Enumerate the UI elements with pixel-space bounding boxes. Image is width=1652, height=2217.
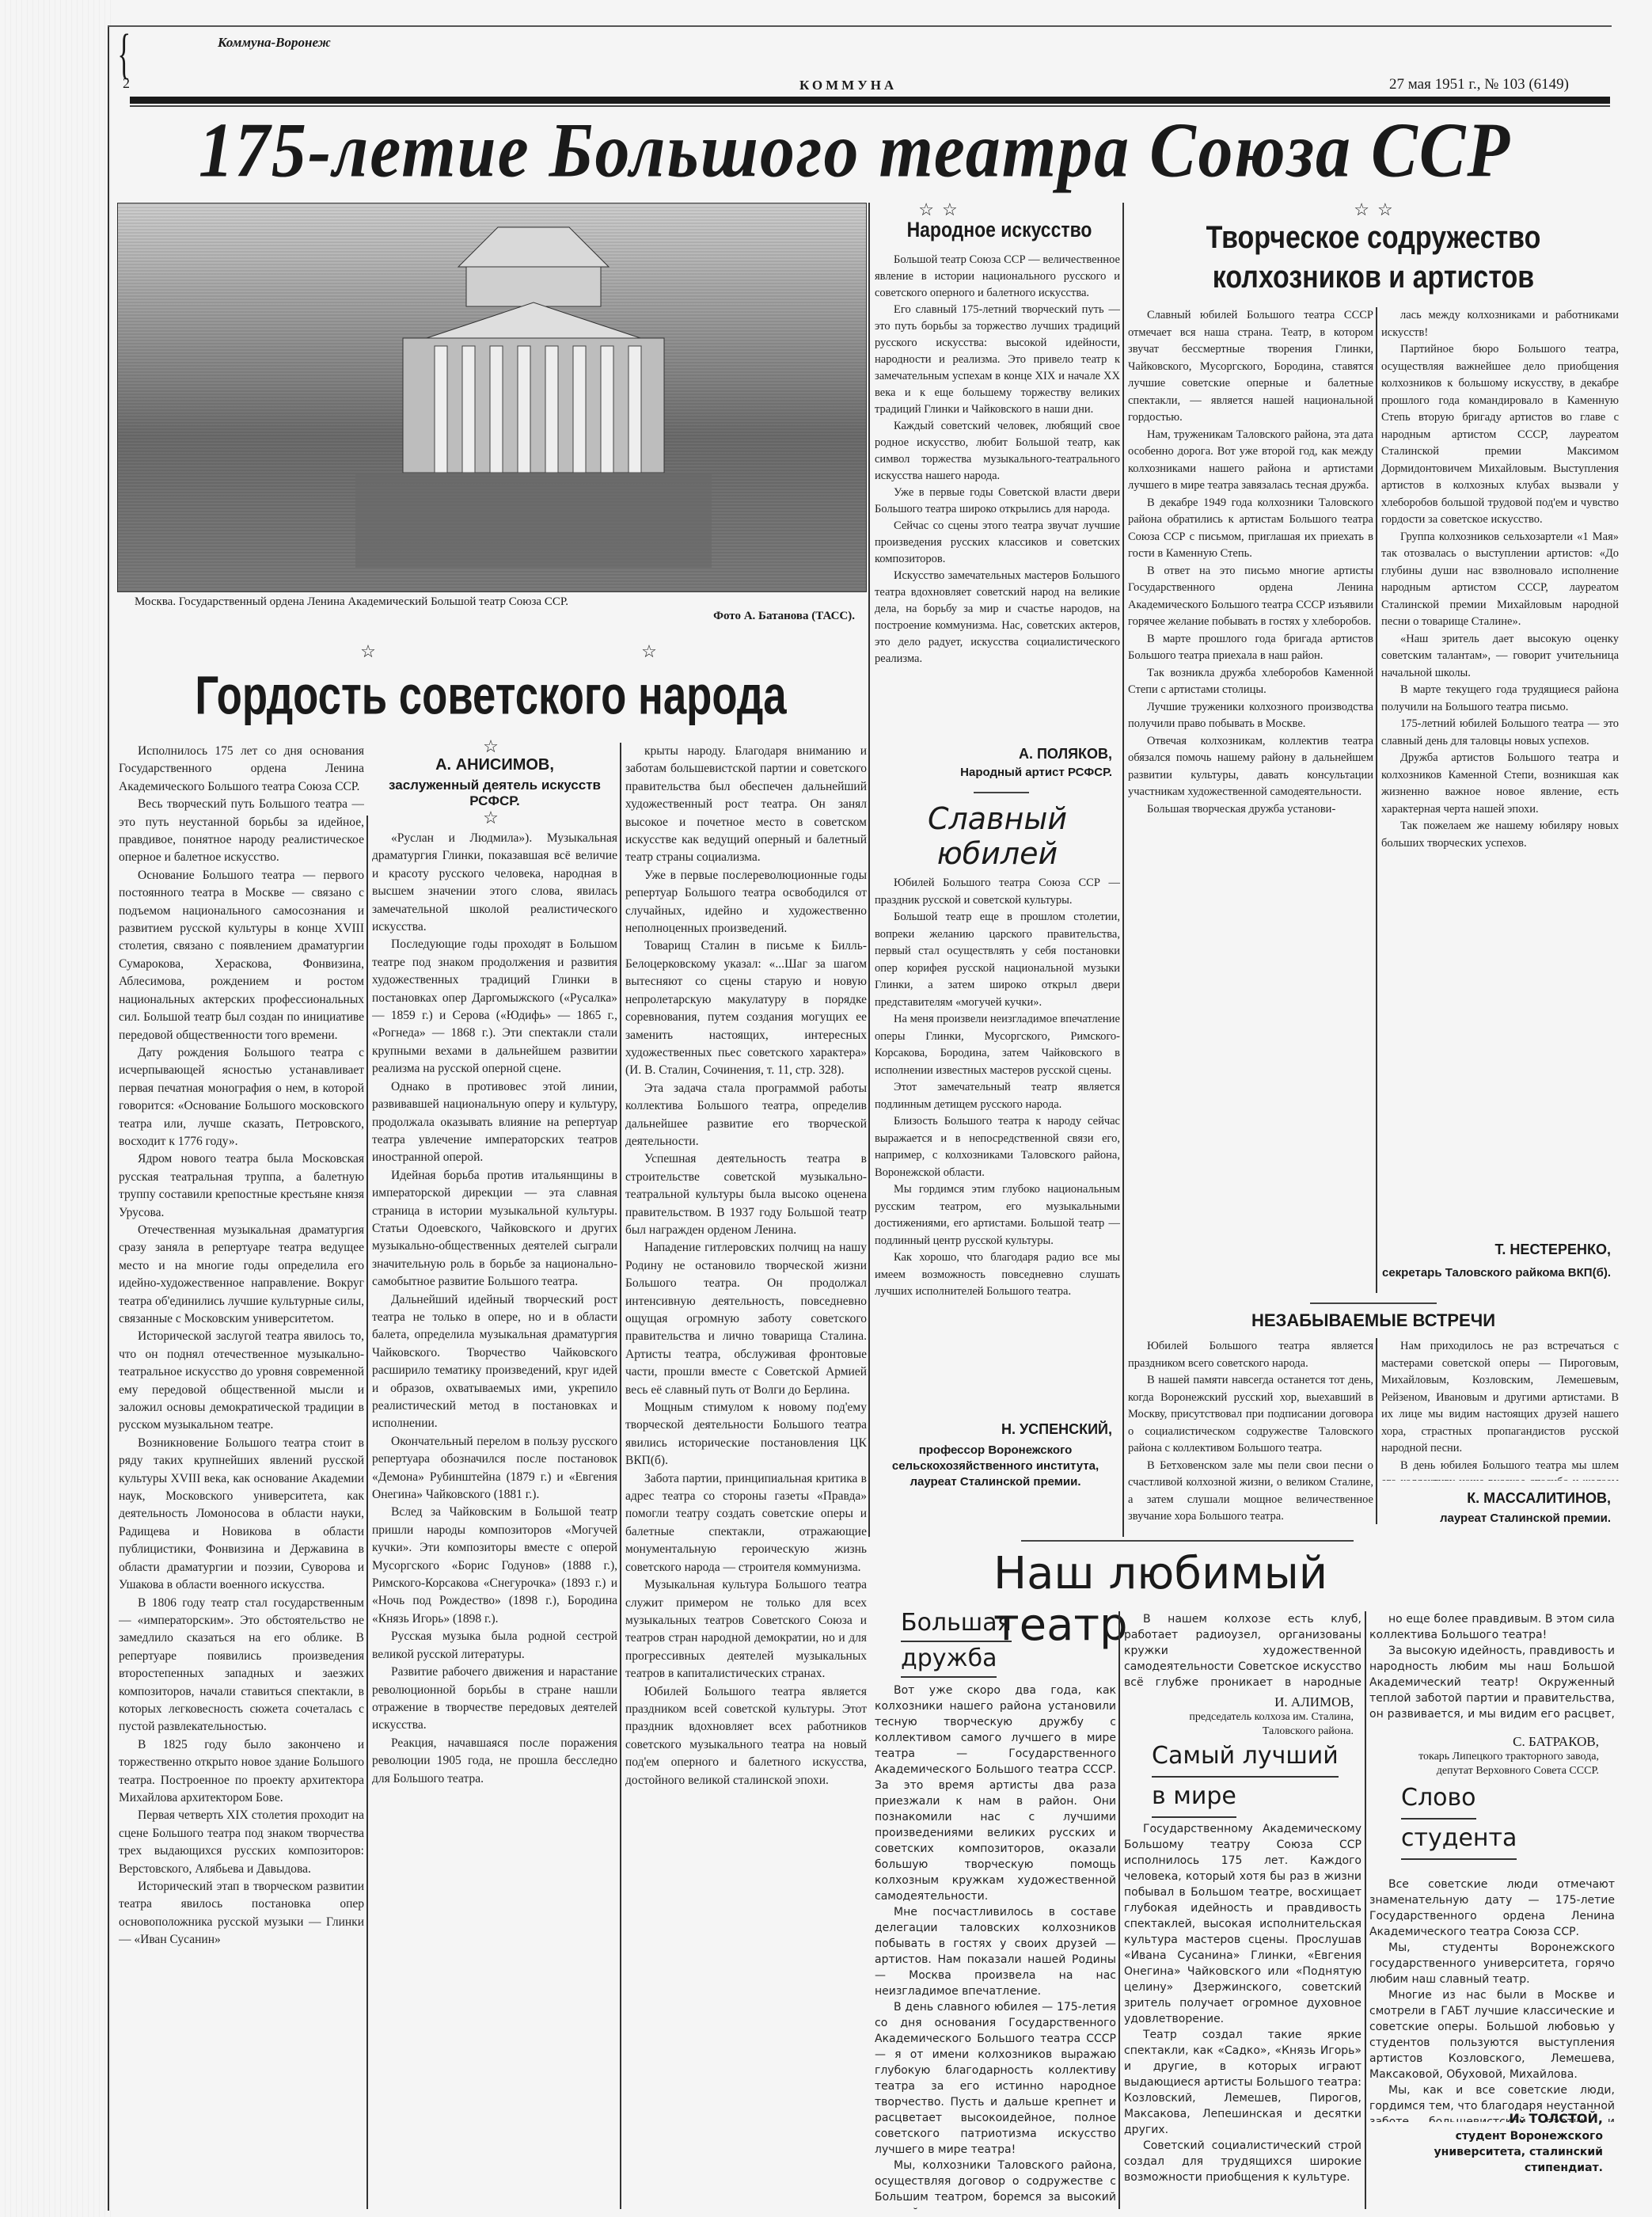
nezabyvaemye-column-1: Юбилей Большого театра является праздник… xyxy=(1128,1338,1373,1528)
photo-credit: Фото А. Батанова (ТАСС). xyxy=(697,610,855,623)
photo-caption: Москва. Государственный ордена Ленина Ак… xyxy=(135,595,736,609)
paragraph: Большой театр Союза ССР — величественное… xyxy=(875,252,1120,302)
paragraph: В ответ на это письмо многие артисты Гос… xyxy=(1128,563,1373,631)
separator xyxy=(974,792,1029,793)
separator xyxy=(1021,1540,1354,1542)
paragraph: Дату рождения Большого театра с исчерпыв… xyxy=(119,1044,364,1150)
title-line: колхозников и артистов xyxy=(1165,257,1582,297)
tvorcheskoe-column-1: Славный юбилей Большого театра СССР отме… xyxy=(1128,307,1373,1293)
paragraph: Большой театр еще в прошлом столетии, во… xyxy=(875,909,1120,1011)
article-title-nezabyvaemye: НЕЗАБЫВАЕМЫЕ ВСТРЕЧИ xyxy=(1128,1310,1619,1331)
header-thick-rule xyxy=(130,97,1610,104)
author-name: Т. НЕСТЕРЕНКО, xyxy=(1381,1242,1611,1258)
paragraph: В Бетховенском зале мы пели свои песни о… xyxy=(1128,1458,1373,1526)
paragraph: Славный юбилей Большого театра СССР отме… xyxy=(1128,307,1373,427)
author-role: секретарь Таловского райкома ВКП(б). xyxy=(1381,1265,1611,1281)
paragraph: Мы гордимся этим глубоко национальным ру… xyxy=(875,1181,1120,1249)
page-number: 2 xyxy=(123,75,130,92)
author-role: токарь Липецкого тракторного завода, деп… xyxy=(1381,1750,1599,1778)
star-ornament-icon: ☆ xyxy=(641,641,657,662)
paragraph: Развитие рабочего движения и нарастание … xyxy=(372,1664,617,1735)
star-ornament-icon: ☆ xyxy=(483,736,499,757)
tvorcheskoe-column-2: лась между колхозниками и работниками ис… xyxy=(1381,307,1619,1230)
paragraph: Успешная деятельность театра в строитель… xyxy=(625,1150,867,1239)
paragraph: Группа колхозников сельхозартели «1 Мая»… xyxy=(1381,529,1619,631)
paragraph: Отвечая колхозникам, коллектив театра об… xyxy=(1128,733,1373,801)
author-name: И. ТОЛСТОЙ, xyxy=(1369,2111,1603,2126)
paragraph: Государственному Академическому Большому… xyxy=(1124,1821,1361,2027)
paragraph: лась между колхозниками и работниками ис… xyxy=(1381,307,1619,341)
paragraph: Его славный 175-летний творческий путь —… xyxy=(875,302,1120,418)
paragraph: Однако в противовес этой линии, развивав… xyxy=(372,1078,617,1167)
bracket-mark: { xyxy=(117,27,131,82)
paragraph: В нашем колхозе есть клуб, работает ради… xyxy=(1124,1611,1361,1694)
paragraph: Мне посчастливилось в составе делегации … xyxy=(875,1904,1116,1999)
paragraph: Этот замечательный театр является подлин… xyxy=(875,1079,1120,1113)
author-role: Народный артист РСФСР. xyxy=(875,765,1112,781)
paragraph: Исторической заслугой театра явилось то,… xyxy=(119,1328,364,1434)
paragraph: Эта задача стала программой работы колле… xyxy=(625,1080,867,1151)
article-title-narodnoe: Народное искусство xyxy=(894,218,1106,242)
column-divider xyxy=(1122,203,1124,1537)
paragraph: Лучшие труженики колхозного производства… xyxy=(1128,699,1373,733)
paragraph: Музыкальная культура Большого театра слу… xyxy=(625,1576,867,1683)
author-role: профессор Воронежского сельскохозяйствен… xyxy=(879,1443,1112,1490)
bolshaya-druzhba-body: Вот уже скоро два года, как колхозники н… xyxy=(875,1683,1116,2209)
paragraph: крыты народу. Благодаря вниманию и забот… xyxy=(625,743,867,867)
paragraph: Русская музыка была родной сестрой велик… xyxy=(372,1628,617,1664)
paragraph: Нам, труженикам Таловского района, эта д… xyxy=(1128,427,1373,495)
paragraph: Идейная борьба против итальянщины в импе… xyxy=(372,1167,617,1291)
bolshoi-theatre-photo xyxy=(117,203,867,592)
paragraph: Реакция, начавшаяся после поражения рево… xyxy=(372,1735,617,1788)
gordost-column-3: крыты народу. Благодаря вниманию и забот… xyxy=(625,743,867,2209)
paragraph: Основание Большого театра — первого пост… xyxy=(119,867,364,1044)
newspaper-name: КОММУНА xyxy=(799,78,897,93)
paragraph: В 1806 году театр стал государственным —… xyxy=(119,1595,364,1736)
paragraph: Юбилей Большого театра Союза ССР — празд… xyxy=(875,875,1120,909)
paragraph: Все советские люди отмечают знаменательн… xyxy=(1369,1877,1615,1940)
paragraph: Отечественная музыкальная драматургия ср… xyxy=(119,1222,364,1328)
star-ornament-icon: ☆ xyxy=(360,641,376,662)
paragraph: Уже в первые послереволюционные годы реп… xyxy=(625,867,867,938)
paragraph: Искусство замечательных мастеров Большог… xyxy=(875,568,1120,667)
slovo-studenta-body: Все советские люди отмечают знаменательн… xyxy=(1369,1877,1615,2122)
theatre-building-icon xyxy=(355,219,712,568)
title-line: Славный xyxy=(875,801,1120,836)
masthead-stamp: Коммуна-Воронеж xyxy=(218,35,331,51)
article-title-gordost: Гордость советского народа xyxy=(175,665,807,727)
page-title: 175-летие Большого театра Союза ССР xyxy=(174,106,1536,196)
subhead-line: Слово xyxy=(1401,1780,1476,1820)
article-title-tvorcheskoe: Творческое содружество колхозников и арт… xyxy=(1165,218,1582,297)
paragraph: Исполнилось 175 лет со дня основания Гос… xyxy=(119,743,364,796)
paragraph: Сейчас со сцены этого театра звучат лучш… xyxy=(875,518,1120,568)
paragraph: Вот уже скоро два года, как колхозники н… xyxy=(875,1683,1116,1904)
paragraph: «Наш зритель дает высокую оценку советск… xyxy=(1381,631,1619,683)
author-role: заслуженный деятель искусств РСФСР. xyxy=(376,778,613,809)
paragraph: Уже в первые годы Советской власти двери… xyxy=(875,485,1120,518)
gordost-column-2: «Руслан и Людмила»). Музыкальная драмату… xyxy=(372,830,617,2209)
paragraph: На меня произвели неизгладимое впечатлен… xyxy=(875,1011,1120,1079)
column-divider xyxy=(366,816,368,2209)
paragraph: Возникновение Большого театра стоит в ря… xyxy=(119,1435,364,1595)
paragraph: Нам приходилось не раз встречаться с мас… xyxy=(1381,1338,1619,1458)
page-border xyxy=(108,25,109,2211)
column-divider xyxy=(620,743,621,2209)
paragraph: В нашей памяти навсегда останется тот де… xyxy=(1128,1372,1373,1458)
author-name: Н. УСПЕНСКИЙ, xyxy=(875,1421,1112,1438)
paragraph: «Руслан и Людмила»). Музыкальная драмату… xyxy=(372,830,617,936)
paragraph: Партийное бюро Большого театра, осуществ… xyxy=(1381,341,1619,529)
column-divider xyxy=(1118,1611,1120,2209)
paragraph: Первая четверть XIX столетия проходит на… xyxy=(119,1807,364,1878)
author-name: А. АНИСИМОВ, xyxy=(376,756,613,774)
paragraph: В декабре 1949 года колхозники Таловског… xyxy=(1128,495,1373,563)
paragraph: но еще более правдивым. В этом сила колл… xyxy=(1369,1611,1615,1643)
paragraph: Мощным стимулом к новому под'ему творчес… xyxy=(625,1399,867,1470)
paragraph: Дружба артистов Большого театра и колхоз… xyxy=(1381,750,1619,818)
paragraph: Исторический этап в творческом развитии … xyxy=(119,1878,364,1949)
scan-margin xyxy=(0,0,111,2217)
paragraph: Многие из нас были в Москве и смотрели в… xyxy=(1369,1987,1615,2082)
column-divider xyxy=(868,203,870,1537)
author-name: К. МАССАЛИТИНОВ, xyxy=(1381,1490,1611,1507)
paragraph: За высокую идейность, правдивость и наро… xyxy=(1369,1643,1615,1722)
paragraph: Дальнейший идейный творческий рост театр… xyxy=(372,1291,617,1433)
title-line: Творческое содружество xyxy=(1165,218,1582,257)
alimov-body: В нашем колхозе есть клуб, работает ради… xyxy=(1124,1611,1361,1694)
paragraph: Большая творческая дружба установи- xyxy=(1128,801,1373,819)
paragraph: Незабываемые минуты! xyxy=(1128,1526,1373,1529)
paragraph: Ядром нового театра была Московская русс… xyxy=(119,1150,364,1222)
paragraph: Так возникла дружба хлеборобов Каменной … xyxy=(1128,665,1373,699)
paragraph: Забота партии, принципиальная критика в … xyxy=(625,1470,867,1576)
gordost-column-1: Исполнилось 175 лет со дня основания Гос… xyxy=(119,743,364,2209)
paragraph: В день юбилея Большого театра мы шлем ег… xyxy=(1381,1458,1619,1481)
paragraph: Мы, колхозники Таловского района, осущес… xyxy=(875,2158,1116,2209)
paragraph: Вслед за Чайковским в Большой театр приш… xyxy=(372,1504,617,1628)
nezabyvaemye-column-2: Нам приходилось не раз встречаться с мас… xyxy=(1381,1338,1619,1481)
subhead-line: студента xyxy=(1401,1820,1517,1860)
subhead-line: Самый лучший xyxy=(1152,1738,1339,1778)
paragraph: 175-летний юбилей Большого театра — это … xyxy=(1381,716,1619,750)
paragraph: Товарищ Сталин в письме к Билль-Белоцерк… xyxy=(625,937,867,1079)
paragraph: Последующие годы проходят в Большом теат… xyxy=(372,936,617,1078)
header-top-rule xyxy=(108,25,1612,27)
author-name: С. БАТРАКОВ, xyxy=(1369,1734,1599,1750)
paragraph: В марте текущего года трудящиеся района … xyxy=(1381,682,1619,716)
paragraph: Весь творческий путь Большого театра — э… xyxy=(119,796,364,867)
paragraph: Так пожелаем же нашему юбиляру новых бол… xyxy=(1381,818,1619,852)
paragraph: Окончательный перелом в пользу русского … xyxy=(372,1433,617,1504)
subhead-line: дружба xyxy=(901,1643,997,1678)
title-line: юбилей xyxy=(875,836,1120,871)
column-divider xyxy=(1376,307,1377,1293)
paragraph: Каждый советский человек, любящий свое р… xyxy=(875,418,1120,485)
subhead-bolshaya-druzhba: Большая дружба xyxy=(901,1607,1012,1679)
paragraph: В день славного юбилея — 175-летия со дн… xyxy=(875,1999,1116,2158)
paragraph: Близость Большого театра к народу сейчас… xyxy=(875,1113,1120,1181)
batrakov-body: но еще более правдивым. В этом сила колл… xyxy=(1369,1611,1615,1722)
author-name: А. ПОЛЯКОВ, xyxy=(875,746,1112,762)
paragraph: Мы, студенты Воронежского государственно… xyxy=(1369,1940,1615,1987)
author-role: председатель колхоза им. Сталина, Таловс… xyxy=(1140,1710,1354,1739)
paragraph: Юбилей Большого театра является праздник… xyxy=(1128,1338,1373,1372)
subhead-slovo-studenta: Слово студента xyxy=(1401,1780,1517,1861)
paragraph: В марте прошлого года бригада артистов Б… xyxy=(1128,631,1373,665)
issue-date: 27 мая 1951 г., № 103 (6149) xyxy=(1389,76,1569,93)
paragraph: Советский социалистический строй создал … xyxy=(1124,2138,1361,2185)
column-divider xyxy=(1365,1611,1366,2209)
paragraph: Юбилей Большого театра является праздник… xyxy=(625,1683,867,1789)
subhead-samy-luchshy: Самый лучший в мире xyxy=(1152,1738,1339,1819)
subhead-line: Большая xyxy=(901,1607,1012,1642)
column-divider xyxy=(1376,1338,1377,1524)
slavny-body: Юбилей Большого театра Союза ССР — празд… xyxy=(875,875,1120,1413)
paragraph: Как хорошо, что благодаря радио все мы и… xyxy=(875,1249,1120,1301)
subhead-line: в мире xyxy=(1152,1778,1236,1818)
samy-luchshy-body: Государственному Академическому Большому… xyxy=(1124,1821,1361,2209)
paragraph: Нападение гитлеровских полчищ на нашу Ро… xyxy=(625,1239,867,1399)
author-name: И. АЛИМОВ, xyxy=(1124,1694,1354,1710)
separator xyxy=(1310,1302,1437,1304)
narodnoe-body: Большой театр Союза ССР — величественное… xyxy=(875,252,1120,743)
author-role: лауреат Сталинской премии. xyxy=(1381,1511,1611,1527)
author-role: студент Воронежского университета, стали… xyxy=(1377,2128,1603,2176)
star-ornament-icon: ☆ xyxy=(483,808,499,828)
paragraph: Театр создал такие яркие спектакли, как … xyxy=(1124,2027,1361,2138)
paragraph: В 1825 году было закончено и торжественн… xyxy=(119,1736,364,1808)
article-title-slavny: Славный юбилей xyxy=(875,801,1120,871)
